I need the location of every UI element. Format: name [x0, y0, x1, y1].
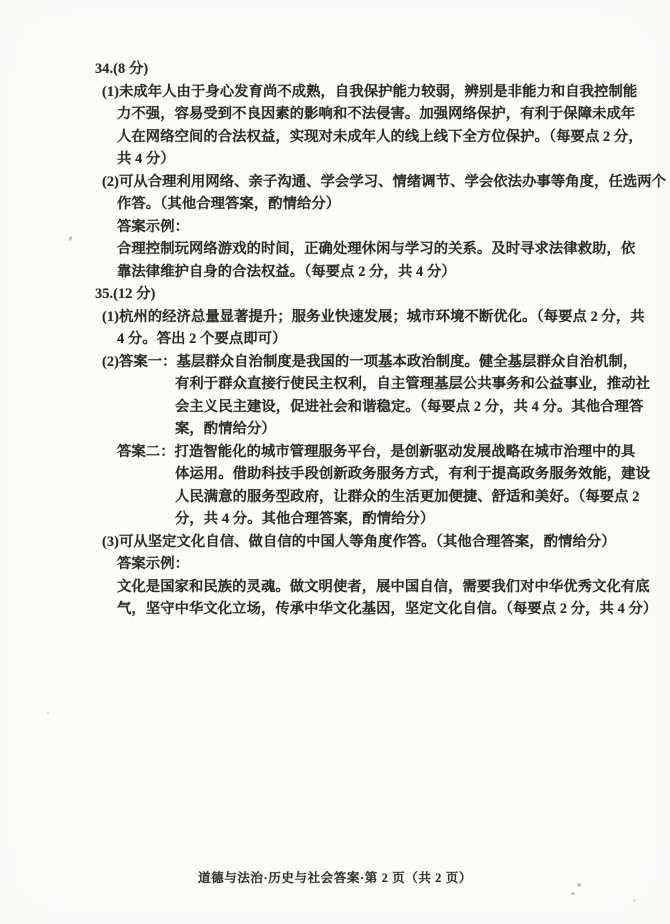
- q34-part1-line: (1)未成年人由于身心发育尚不成熟，自我保护能力较弱，辨别是非能力和自我控制能: [102, 81, 670, 104]
- q34-part2-example-line: 靠法律维护自身的合法权益。（每要点 2 分，共 4 分）: [117, 261, 670, 284]
- q35-part3-example-label: 答案示例：: [117, 553, 670, 576]
- scan-speckle: [571, 892, 575, 895]
- q35-part2-answer2-line: 分，共 4 分。其他合理答案，酌情给分）: [175, 508, 670, 531]
- question-35-heading: 35.(12 分): [95, 283, 670, 306]
- scan-speckle: [47, 712, 49, 714]
- q35-part2-answer1-line: (2)答案一：基层群众自治制度是我国的一项基本政治制度。健全基层群众自治机制，: [102, 351, 670, 374]
- q35-part3-example-line: 气，坚守中华文化立场，传承中华文化基因，坚定文化自信。（每要点 2 分，共 4 …: [117, 598, 670, 621]
- q34-part2-line: (2)可从合理利用网络、亲子沟通、学会学习、情绪调节、学会依法办事等角度，任选两…: [102, 171, 670, 194]
- q34-part1-line: 力不强，容易受到不良因素的影响和不法侵害。加强网络保护，有利于保障未成年: [117, 103, 670, 126]
- page-footer: 道德与法治·历史与社会答案·第 2 页（共 2 页）: [0, 868, 670, 886]
- q34-part2-line: 作答。（其他合理答案，酌情给分）: [117, 193, 670, 216]
- q34-part2-example-line: 合理控制玩网络游戏的时间，正确处理休闲与学习的关系。及时寻求法律救助，依: [117, 238, 670, 261]
- q34-part1-line: 共 4 分）: [117, 148, 670, 171]
- q35-part2-answer1-line: 有利于群众直接行使民主权利，自主管理基层公共事务和公益事业，推动社: [175, 373, 670, 396]
- q35-part2-answer2-line: 答案二：打造智能化的城市管理服务平台，是创新驱动发展战略在城市治理中的具: [117, 441, 670, 464]
- q34-part2-example-label: 答案示例：: [117, 216, 670, 239]
- scan-speckle: [577, 883, 581, 887]
- scan-speckle: [633, 899, 636, 902]
- answer-key-text: 34.(8 分) (1)未成年人由于身心发育尚不成熟，自我保护能力较弱，辨别是非…: [0, 58, 670, 621]
- q34-part1-line: 人在网络空间的合法权益，实现对未成年人的线上线下全方位保护。（每要点 2 分，: [117, 126, 670, 149]
- question-34-heading: 34.(8 分): [95, 58, 670, 81]
- q35-part2-answer2-line: 体运用。借助科技手段创新政务服务方式，有利于提高政务服务效能，建设: [175, 463, 670, 486]
- scan-speckle: [343, 536, 346, 538]
- q35-part3-example-line: 文化是国家和民族的灵魂。做文明使者，展中国自信，需要我们对中华优秀文化有底: [117, 576, 670, 599]
- q35-part2-answer1-line: 会主义民主建设，促进社会和谐稳定。（每要点 2 分，共 4 分。其他合理答: [175, 396, 670, 419]
- q35-part1-line: (1)杭州的经济总量显著提升；服务业快速发展；城市环境不断优化。（每要点 2 分…: [102, 306, 670, 329]
- q35-part2-answer2-line: 人民满意的服务型政府，让群众的生活更加便捷、舒适和美好。（每要点 2: [175, 486, 670, 509]
- q35-part3-line: (3)可从坚定文化自信、做自信的中国人等角度作答。（其他合理答案，酌情给分）: [102, 531, 670, 554]
- scanned-document-page: 34.(8 分) (1)未成年人由于身心发育尚不成熟，自我保护能力较弱，辨别是非…: [0, 0, 670, 924]
- q35-part2-answer1-line: 案，酌情给分）: [175, 418, 670, 441]
- q35-part1-line: 4 分。答出 2 个要点即可）: [117, 328, 670, 351]
